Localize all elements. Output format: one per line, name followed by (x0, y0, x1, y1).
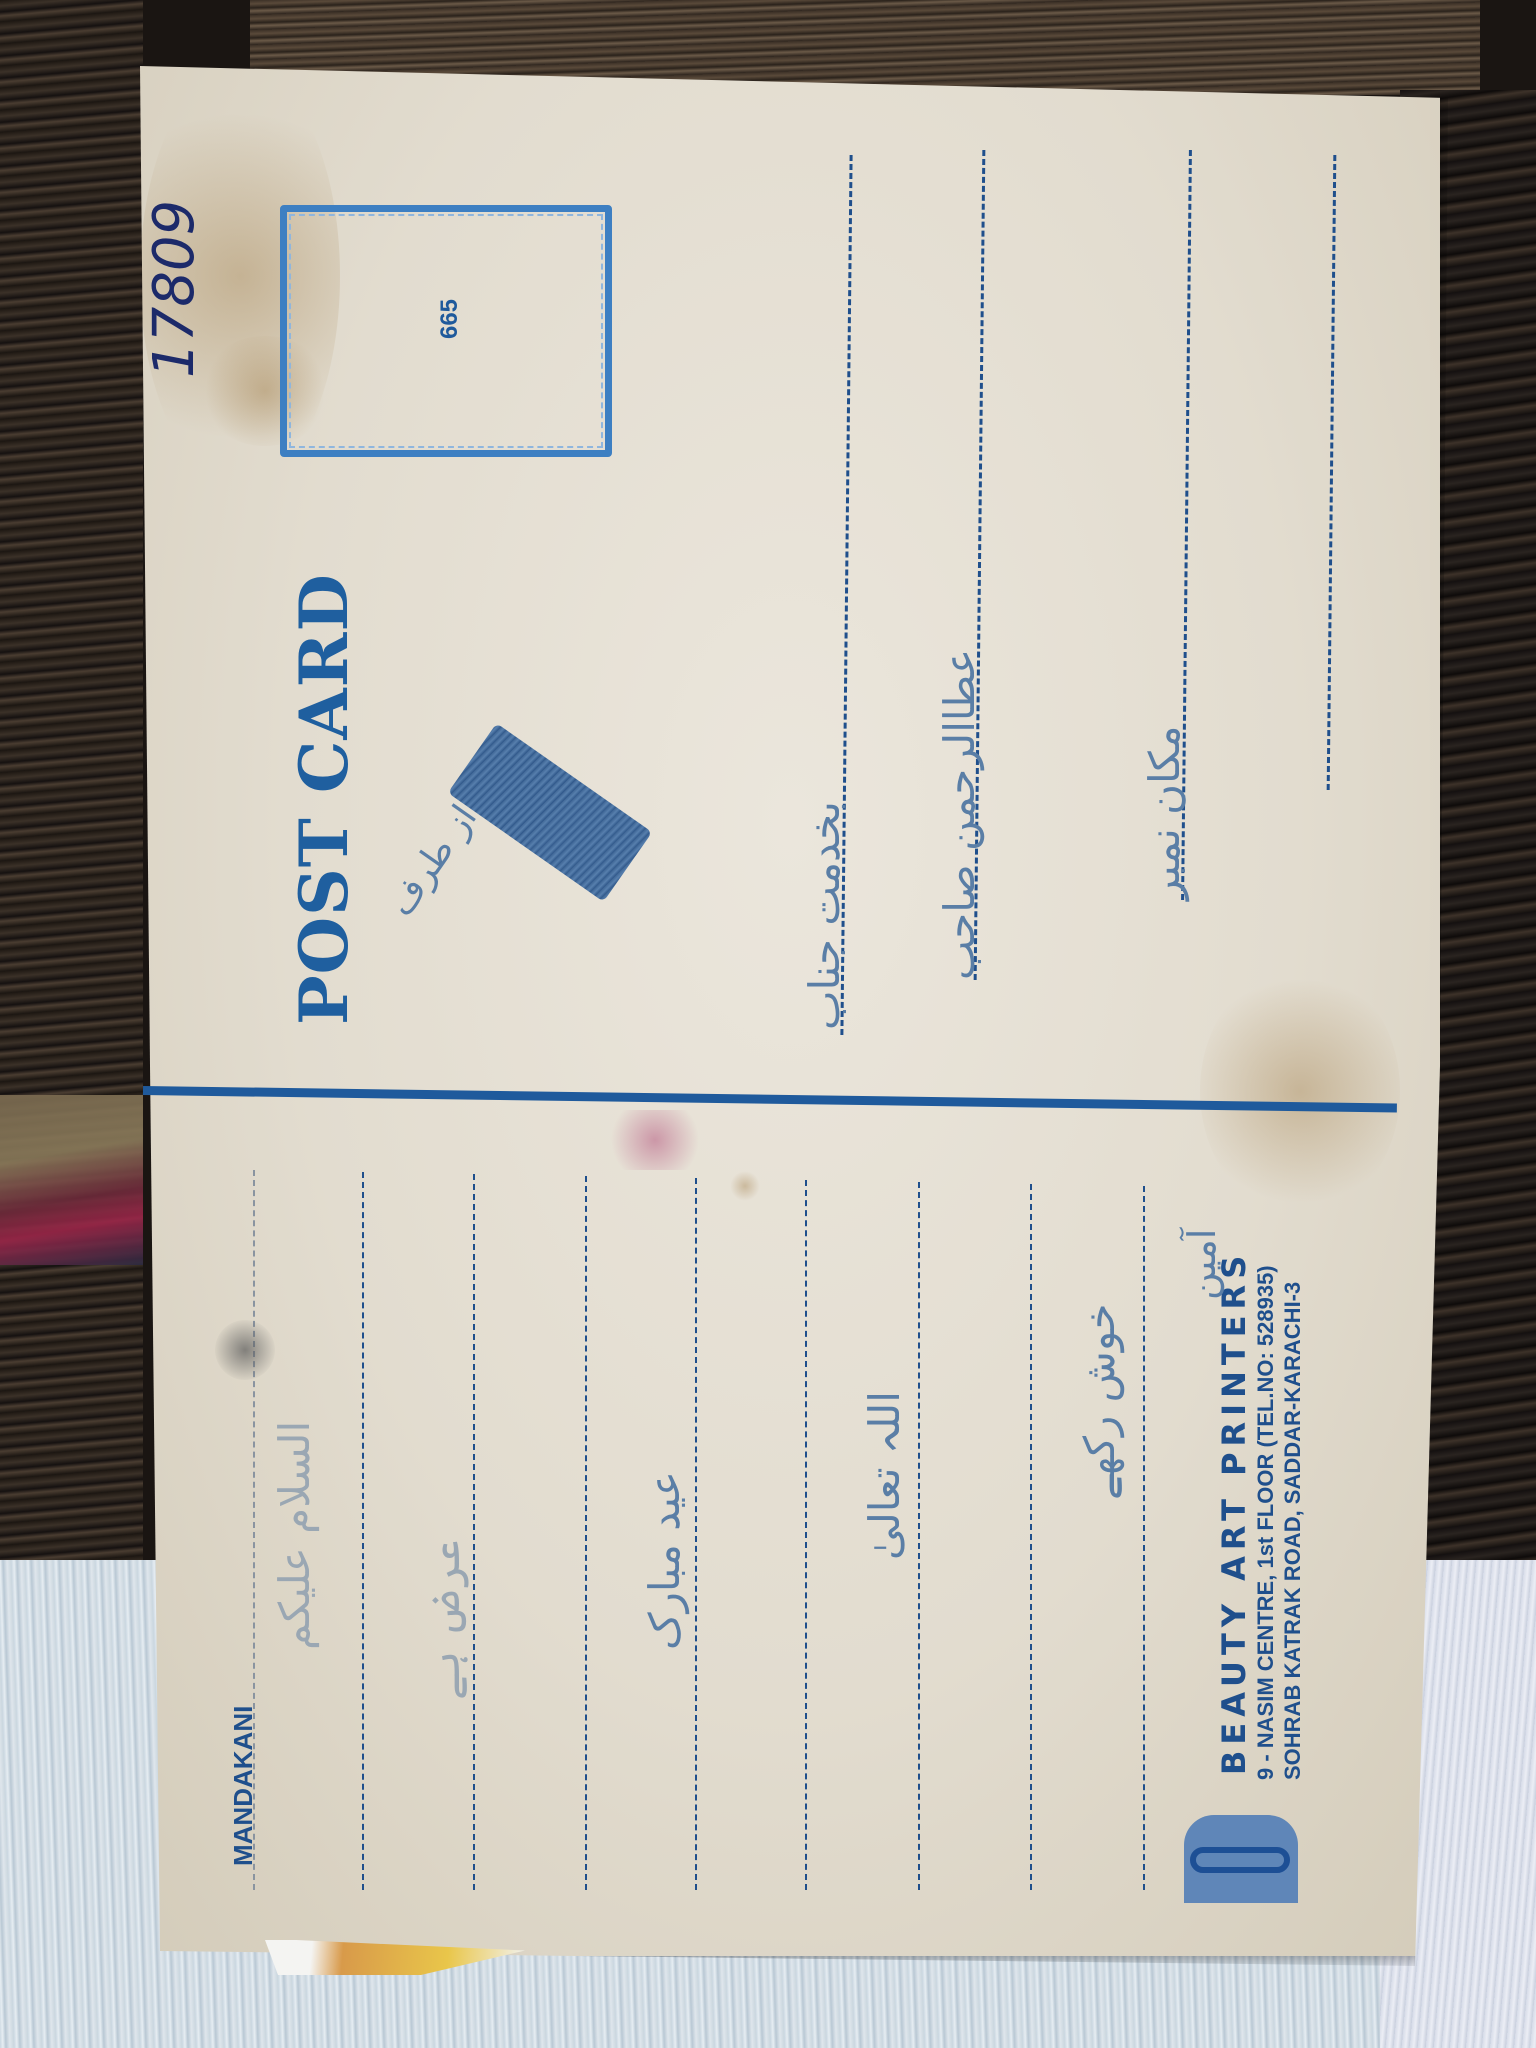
handwritten-message-line: اللہ تعالیٰ (860, 1391, 909, 1560)
handwritten-message-line: آمین (1180, 1229, 1224, 1300)
handwritten-message-line: عید مبارک (640, 1471, 689, 1650)
stain (730, 1171, 760, 1201)
message-line (805, 1180, 807, 1890)
message-line (473, 1174, 475, 1890)
faded-postmark (600, 1110, 710, 1170)
message-line (1030, 1184, 1032, 1890)
printer-address-line-1: 9 - NASIM CENTRE, 1st FLOOR (TEL.NO: 528… (1253, 1265, 1279, 1780)
handwritten-address-line: مکان نمبر (1140, 725, 1189, 900)
colorful-postcards-left (0, 1095, 143, 1265)
message-line (585, 1176, 587, 1890)
stamp-code: 665 (436, 299, 464, 339)
message-line (253, 1170, 255, 1890)
message-line (362, 1172, 364, 1890)
message-line (1143, 1186, 1145, 1890)
handwritten-message-line: السلام علیکم (270, 1421, 319, 1650)
message-line (918, 1182, 920, 1890)
ink-smudge (215, 1320, 275, 1380)
handwritten-address-line: عطاالرحمن صاحب (935, 649, 984, 980)
post-card-title: POST CARD (285, 573, 363, 1025)
postcard-stack-left (0, 0, 143, 1560)
handwritten-address-line: بخدمت جناب (800, 801, 849, 1030)
catalog-number: 17809 (142, 200, 207, 378)
printer-logo-icon (1184, 1815, 1298, 1903)
handwritten-message-line: عرض ہے (420, 1539, 469, 1700)
stain (1200, 966, 1400, 1216)
printer-address-line-2: SOHRAB KATRAK ROAD, SADDAR-KARACHI-3 (1280, 1282, 1306, 1780)
printer-name: BEAUTY ART PRINTERS (1215, 1250, 1253, 1775)
handwritten-message-line: خوش رکھے (1075, 1303, 1124, 1500)
message-line (695, 1178, 697, 1890)
